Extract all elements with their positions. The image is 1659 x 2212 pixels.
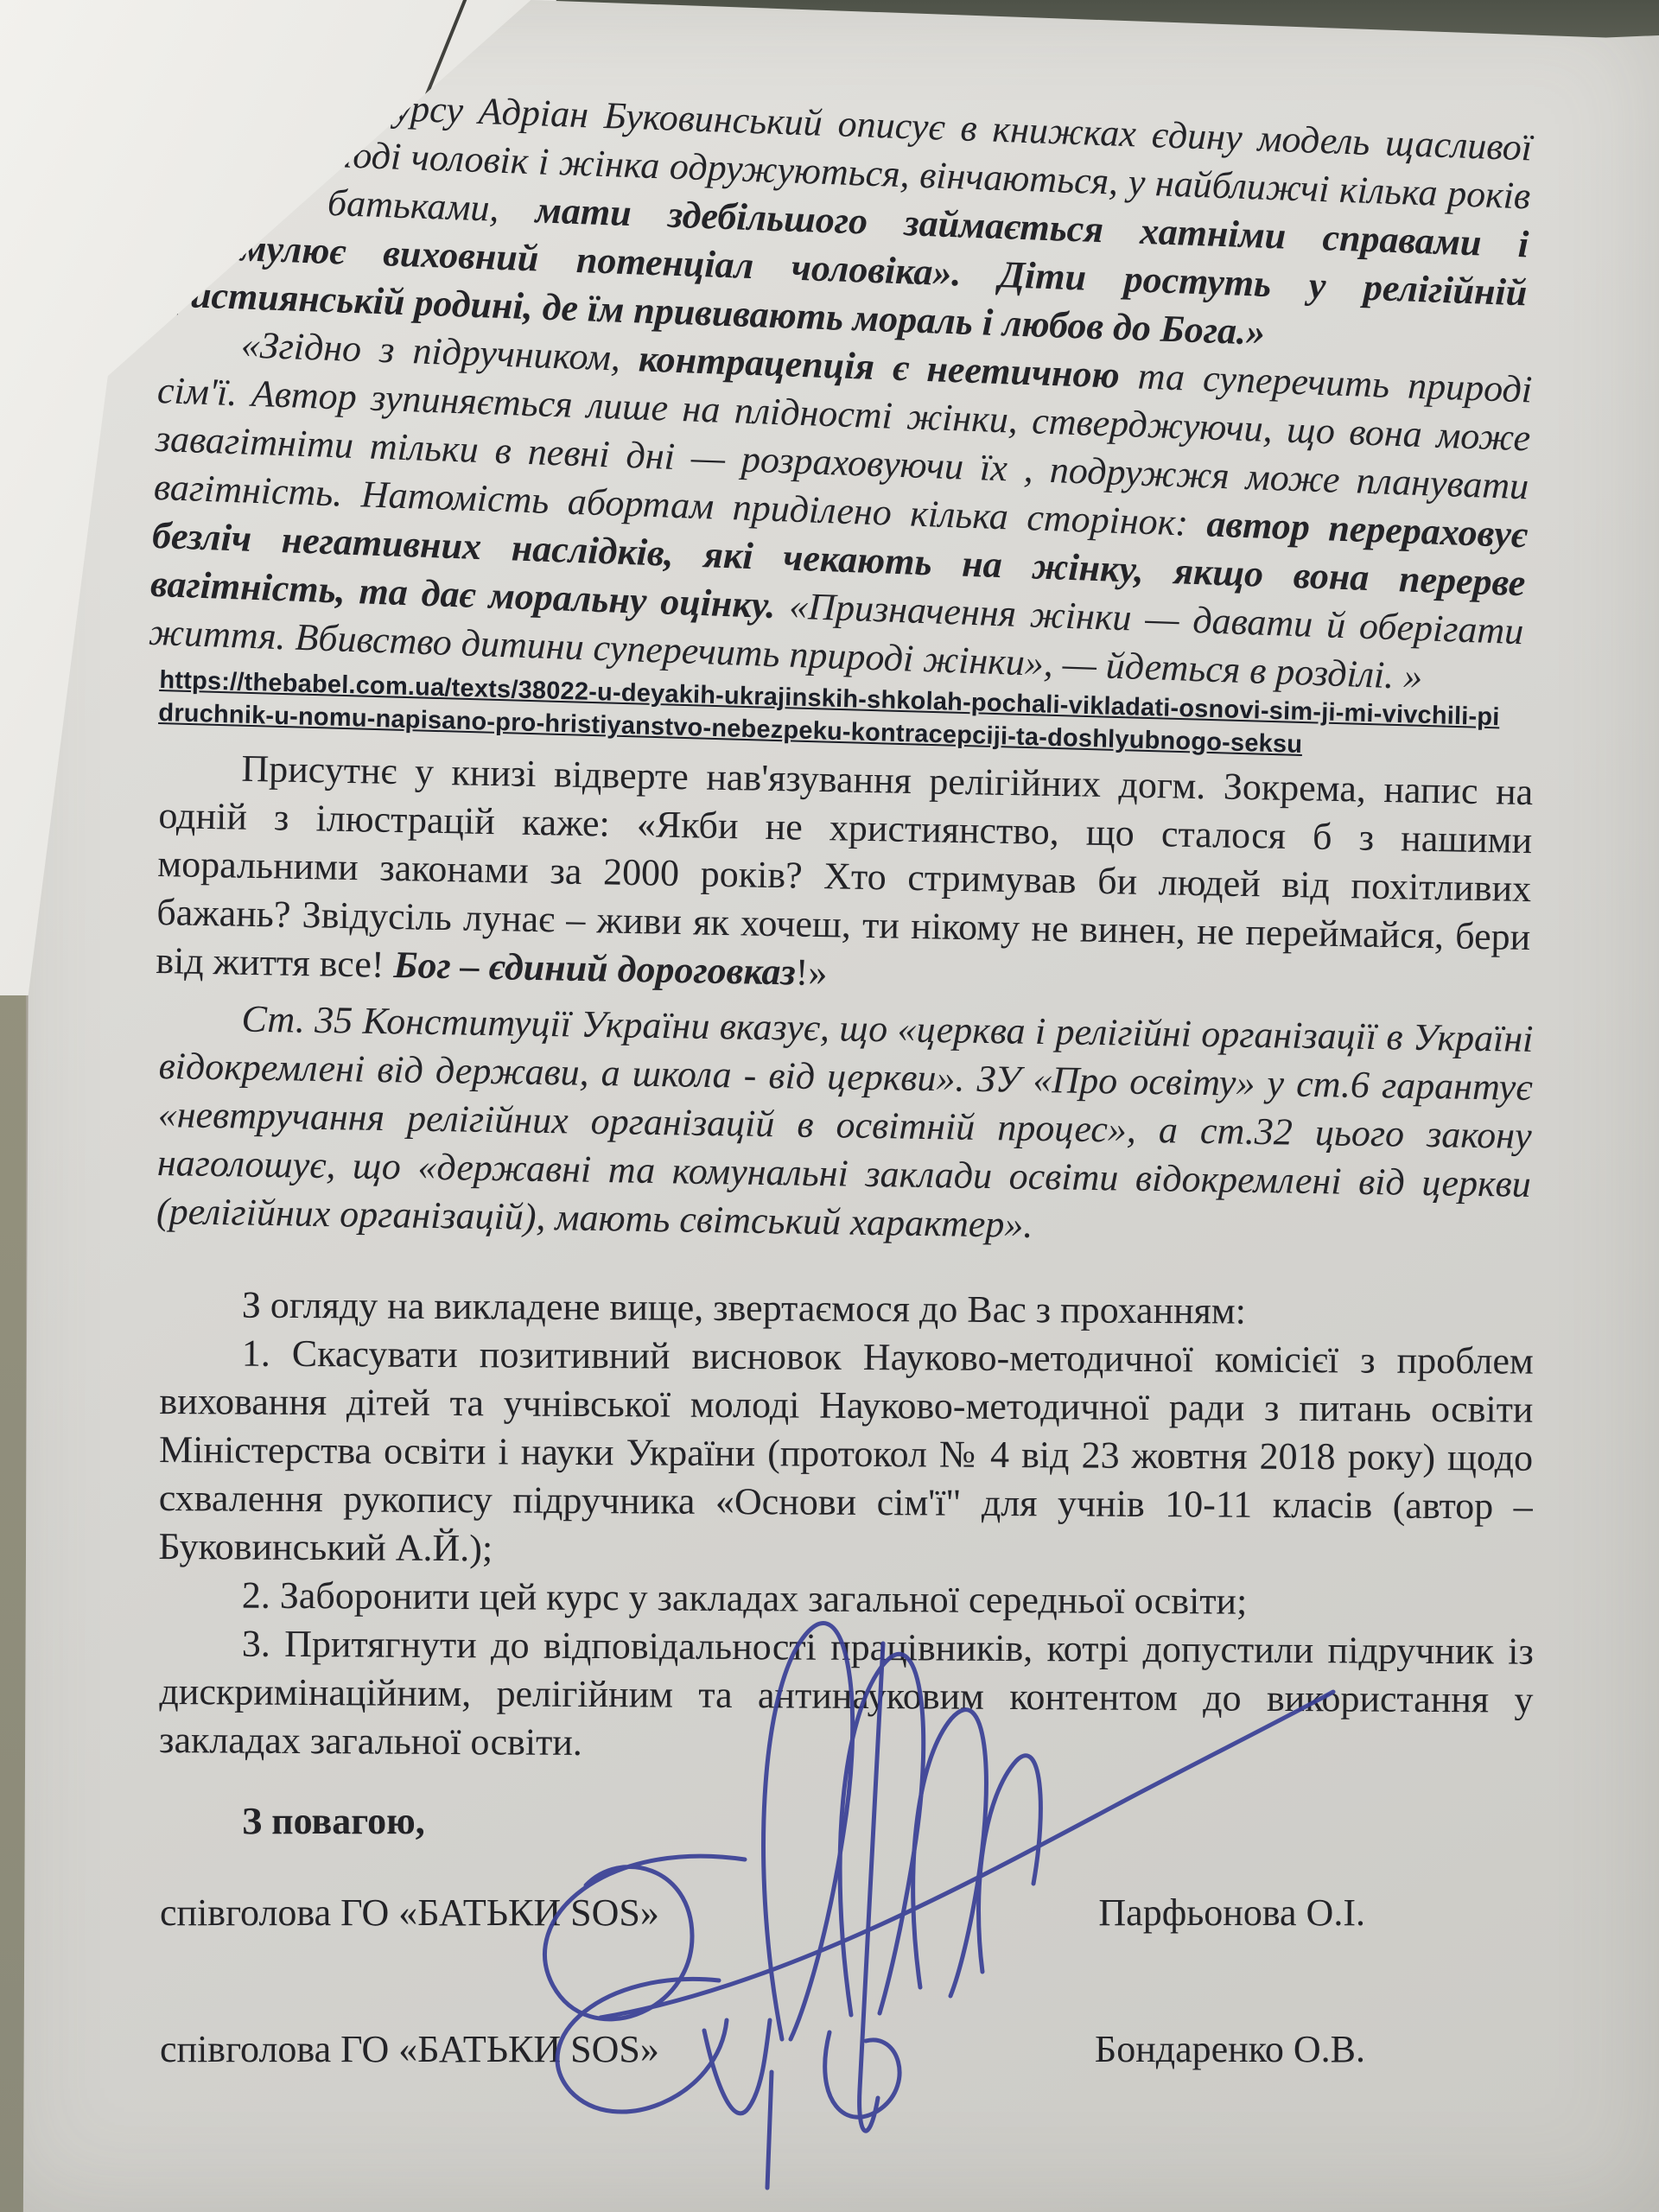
signer-role-2: співголова ГО «БАТЬКИ SOS» xyxy=(160,2025,659,2074)
document-page: «автор курсу Адріан Буковинський описує … xyxy=(0,0,1659,2212)
photographed-letter-scene: «автор курсу Адріан Буковинський описує … xyxy=(0,0,1659,2212)
closing-regards: З повагою, xyxy=(160,1797,1534,1846)
signer-row-1: співголова ГО «БАТЬКИ SOS» Парфьонова О.… xyxy=(160,1889,1534,1937)
dogma-normal-text-a: Присутнє у книзі відверте нав'язування р… xyxy=(156,747,1534,986)
demand-item-2: 2. Заборонити цей курс у закладах загаль… xyxy=(160,1571,1534,1628)
appeal-intro: З огляду на викладене вище, звертаємося … xyxy=(160,1281,1534,1338)
dogma-bold-text: Бог – єдиний дороговказ xyxy=(393,944,796,994)
signer-name-2: Бондаренко О.В. xyxy=(1095,2025,1365,2074)
demand-item-3: 3. Притягнути до відповідальності праців… xyxy=(159,1619,1534,1773)
paragraph-religious-dogma: Присутнє у книзі відверте нав'язування р… xyxy=(156,743,1534,1010)
signer-role-1: співголова ГО «БАТЬКИ SOS» xyxy=(160,1889,659,1937)
excerpt-2-normal-text-a: «Згідно з підручником, xyxy=(240,323,639,379)
letter-content: «автор курсу Адріан Буковинський описує … xyxy=(160,35,1534,2074)
demand-item-1: 1. Скасувати позитивний висновок Науково… xyxy=(158,1329,1534,1580)
signer-row-2: співголова ГО «БАТЬКИ SOS» Бондаренко О.… xyxy=(160,2025,1534,2074)
signer-name-1: Парфьонова О.І. xyxy=(1098,1889,1365,1937)
paragraph-law-citation: Ст. 35 Конституції України вказує, що «ц… xyxy=(156,994,1534,1257)
excerpt-paragraph-2: «Згідно з підручником, контрацепція є не… xyxy=(148,318,1533,704)
dogma-normal-text-b: !» xyxy=(795,951,828,995)
